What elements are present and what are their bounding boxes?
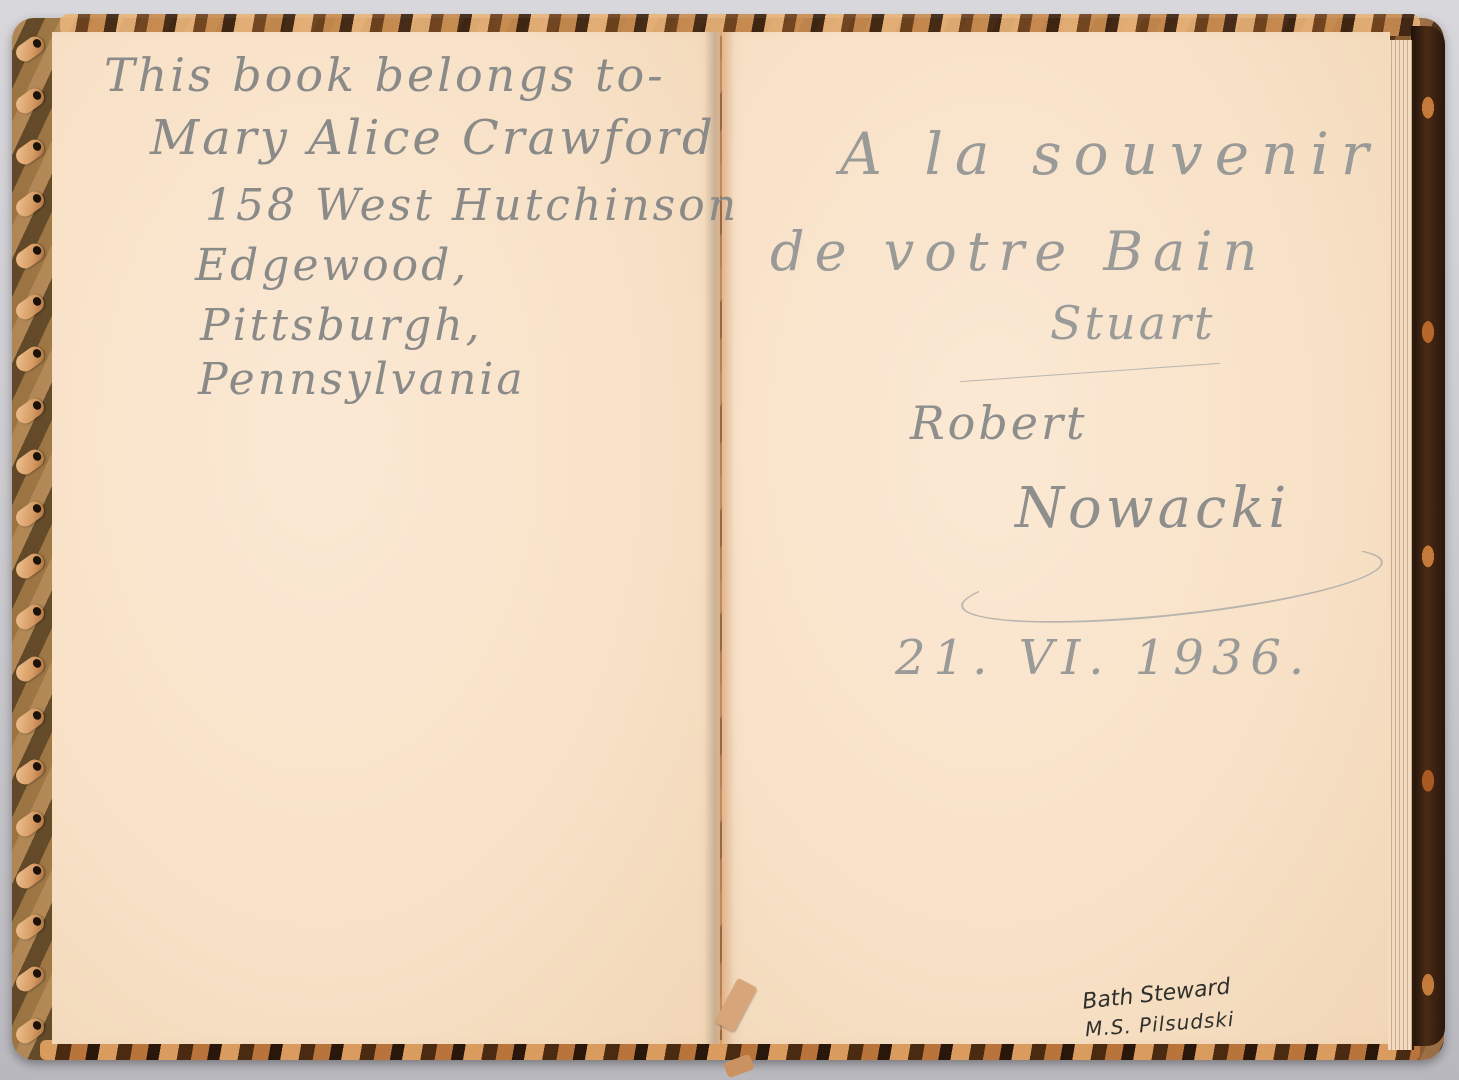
- lace-knot: [13, 343, 48, 375]
- lace-knot: [13, 705, 48, 737]
- lace-knot: [13, 240, 48, 272]
- ownership-line: This book belongs to-: [104, 48, 666, 102]
- lace-knot: [13, 911, 48, 943]
- lace-knot: [13, 963, 48, 995]
- left-lacing: [12, 40, 48, 1040]
- lace-knot: [13, 85, 48, 117]
- cover-right-edge: [1411, 26, 1445, 1046]
- lace-knot: [13, 291, 48, 323]
- dedication-line-3: Stuart: [1050, 296, 1216, 350]
- page-edges: [1388, 40, 1414, 1050]
- dedication-line-1: A la souvenir: [840, 120, 1381, 188]
- lace-knot: [13, 601, 48, 633]
- address-state: Pennsylvania: [198, 354, 526, 405]
- address-street: 158 West Hutchinson: [205, 180, 739, 231]
- lace-knot: [13, 136, 48, 168]
- signature-last-name: Nowacki: [1015, 476, 1290, 541]
- lace-knot: [13, 395, 48, 427]
- lace-knot: [13, 653, 48, 685]
- owner-name: Mary Alice Crawford: [150, 110, 716, 166]
- lace-knot: [13, 498, 48, 530]
- lace-knot: [13, 756, 48, 788]
- lace-knot: [13, 446, 48, 478]
- lace-knot: [13, 808, 48, 840]
- inscription-date: 21. VI. 1936.: [895, 630, 1312, 686]
- address-neighborhood: Edgewood,: [195, 240, 469, 291]
- lace-knot: [13, 188, 48, 220]
- lace-knot: [13, 550, 48, 582]
- address-city: Pittsburgh,: [200, 300, 483, 351]
- dedication-line-2: de votre Bain: [770, 220, 1267, 283]
- signature-first-name: Robert: [910, 396, 1087, 450]
- book-photo: This book belongs to- Mary Alice Crawfor…: [0, 0, 1459, 1080]
- lace-knot: [13, 860, 48, 892]
